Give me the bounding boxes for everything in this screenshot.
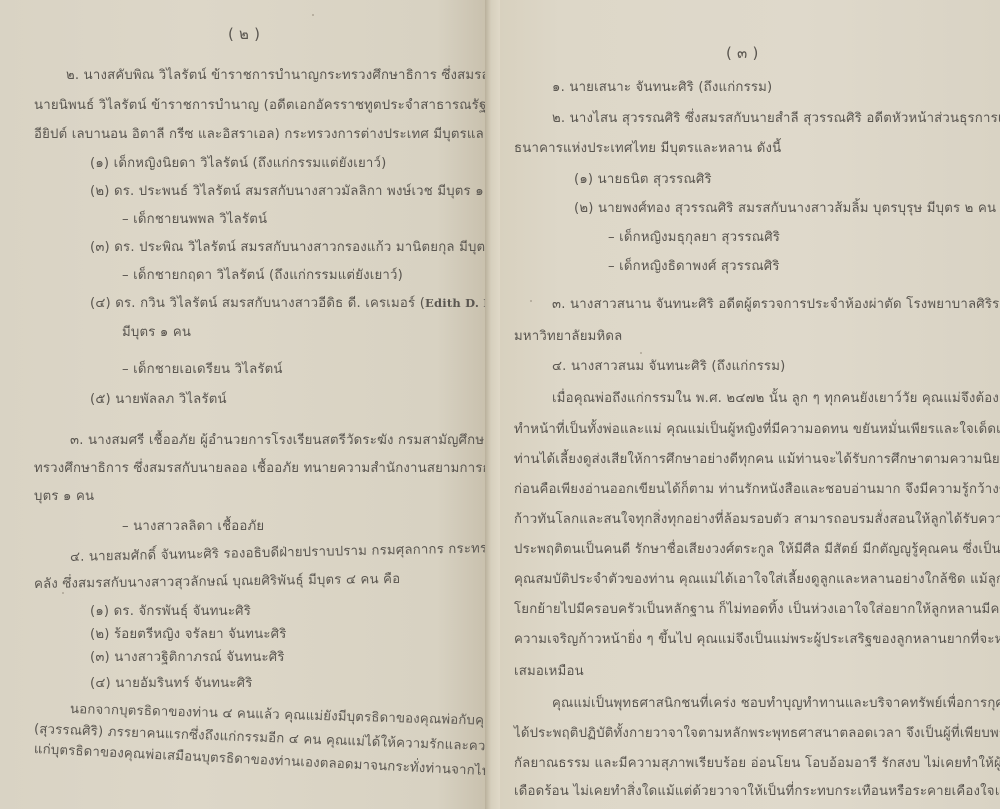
list-item: (๔) นายอัมรินทร์ จันทนะศิริ (90, 672, 252, 693)
paragraph-line: กัลยาณธรรม และมีความสุภาพเรียบร้อย อ่อนโ… (514, 752, 1000, 773)
list-subitem: – เด็กชายกฤดา วิไลรัตน์ (ถึงแก่กรรมแต่ยั… (122, 264, 403, 285)
paragraph-line: ท่านได้เลี้ยงดูส่งเสียให้การศึกษาอย่างดี… (514, 448, 1000, 469)
paragraph-line: ได้ประพฤติปฏิบัติทั้งกายวาจาใจตามหลักพระ… (514, 722, 1000, 743)
page-number: ( ๓ ) (726, 41, 759, 65)
text-line: ๔. นางสาวสนม จันทนะศิริ (ถึงแก่กรรม) (552, 355, 785, 376)
paragraph-line: คุณแม่เป็นพุทธศาสนิกชนที่เคร่ง ชอบทำบุญท… (552, 692, 1000, 713)
text-line: ธนาคารแห่งประเทศไทย มีบุตรและหลาน ดังนี้ (514, 137, 781, 158)
text-line: ๔. นายสมศักดิ์ จันทนะศิริ รองอธิบดีฝ่ายป… (70, 536, 485, 567)
paragraph-line: ทำหน้าที่เป็นทั้งพ่อและแม่ คุณแม่เป็นผู้… (514, 418, 1000, 439)
paper-speck (640, 352, 642, 354)
page-number: ( ๒ ) (228, 22, 260, 46)
text-line: มหาวิทยาลัยมหิดล (514, 325, 622, 346)
paragraph-line: โยกย้ายไปมีครอบครัวเป็นหลักฐาน ก็ไม่ทอดท… (514, 598, 1000, 619)
paragraph-line: ความเจริญก้าวหน้ายิ่ง ๆ ขึ้นไป คุณแม่จึง… (514, 628, 1000, 649)
list-subitem: – เด็กชายนพพล วิไลรัตน์ (122, 208, 267, 229)
text-line: ๒. นางไสน สุวรรณศิริ ซึ่งสมรสกับนายสำลี … (552, 107, 1000, 128)
paper-speck (312, 14, 314, 16)
paper-speck (70, 104, 72, 106)
list-item: (๑) เด็กหญิงนิยดา วิไลรัตน์ (ถึงแก่กรรมแ… (90, 152, 386, 173)
list-item: (๒) ร้อยตรีหญิง จรัลยา จันทนะศิริ (90, 623, 287, 644)
book-gutter (485, 0, 500, 809)
list-subitem: – นางสาวลลิดา เชื้ออภัย (122, 515, 264, 536)
list-item: (๒) นายพงศ์ทอง สุวรรณศิริ สมรสกับนางสาวส… (574, 197, 996, 218)
list-item: (๕) นายพัลลภ วิไลรัตน์ (90, 388, 227, 409)
list-item: (๑) ดร. จักรพันธุ์ จันทนะศิริ (90, 600, 251, 621)
paragraph-line: คุณสมบัติประจำตัวของท่าน คุณแม่ได้เอาใจใ… (514, 568, 1000, 589)
list-item-text: (๔) ดร. กวิน วิไลรัตน์ สมรสกับนางสาวอีดิ… (90, 296, 425, 311)
right-page: ( ๓ ) ๑. นายเสนาะ จันทนะศิริ (ถึงแก่กรรม… (500, 0, 1000, 809)
list-item: (๓) ดร. ประพิณ วิไลรัตน์ สมรสกับนางสาวกร… (90, 236, 485, 257)
text-line: นายนิพนธ์ วิไลรัตน์ ข้าราชการบำนาญ (อดีต… (34, 94, 485, 115)
list-item-continuation: มีบุตร ๑ คน (122, 321, 191, 342)
text-line: บุตร ๑ คน (34, 485, 94, 506)
paragraph-line: เสมอเหมือน (514, 660, 584, 681)
list-item: (๓) นางสาวฐิติกาภรณ์ จันทนะศิริ (90, 646, 285, 667)
list-subitem: – เด็กหญิงธิดาพงศ์ สุวรรณศิริ (608, 255, 780, 276)
paragraph-line: เดือดร้อน ไม่เคยทำสิ่งใดแม้แต่ด้วยวาจาให… (514, 780, 1000, 801)
paragraph-line: ก้าวทันโลกและสนใจทุกสิ่งทุกอย่างที่ล้อมร… (514, 508, 1000, 529)
text-line: คลัง ซึ่งสมรสกับนางสาวสุวลักษณ์ บุณยศิริ… (34, 568, 401, 594)
book-spread: ( ๒ ) ๒. นางสคับพิณ วิไลรัตน์ ข้าราชการบ… (0, 0, 1000, 809)
list-subitem: – เด็กหญิงมธุกุลยา สุวรรณศิริ (608, 226, 780, 247)
text-line: ๒. นางสคับพิณ วิไลรัตน์ ข้าราชการบำนาญกร… (66, 64, 485, 85)
text-line: ๓. นางสาวสนาน จันทนะศิริ อดีตผู้ตรวจการป… (552, 293, 1000, 314)
paragraph-line: ก่อนคือเพียงอ่านออกเขียนได้ก็ตาม ท่านรัก… (514, 478, 1000, 499)
list-subitem: – เด็กชายเอเดรียน วิไลรัตน์ (122, 358, 283, 379)
paper-speck (530, 300, 532, 302)
paragraph-line: ประพฤติตนเป็นคนดี รักษาชื่อเสียงวงศ์ตระก… (514, 538, 1000, 559)
text-line: ๓. นางสมศรี เชื้ออภัย ผู้อำนวยการโรงเรีย… (70, 429, 485, 450)
paragraph-line: เมื่อคุณพ่อถึงแก่กรรมใน พ.ศ. ๒๔๗๒ นั้น ล… (552, 387, 999, 408)
paper-speck (62, 592, 64, 594)
text-line: ๑. นายเสนาะ จันทนะศิริ (ถึงแก่กรรม) (552, 76, 772, 97)
list-item: (๑) นายธนิต สุวรรณศิริ (574, 168, 712, 189)
latin-name: Edith D. Kramer (425, 296, 485, 310)
text-line: อียิปต์ เลบานอน อิตาลี กรีซ และอิสราเอล)… (34, 123, 485, 144)
text-line: ทรวงศึกษาธิการ ซึ่งสมรสกับนายลออ เชื้ออภ… (34, 457, 485, 478)
list-item: (๒) ดร. ประพนธ์ วิไลรัตน์ สมรสกับนางสาวม… (90, 180, 485, 201)
left-page: ( ๒ ) ๒. นางสคับพิณ วิไลรัตน์ ข้าราชการบ… (0, 0, 485, 809)
list-item: (๔) ดร. กวิน วิไลรัตน์ สมรสกับนางสาวอีดิ… (90, 292, 485, 313)
